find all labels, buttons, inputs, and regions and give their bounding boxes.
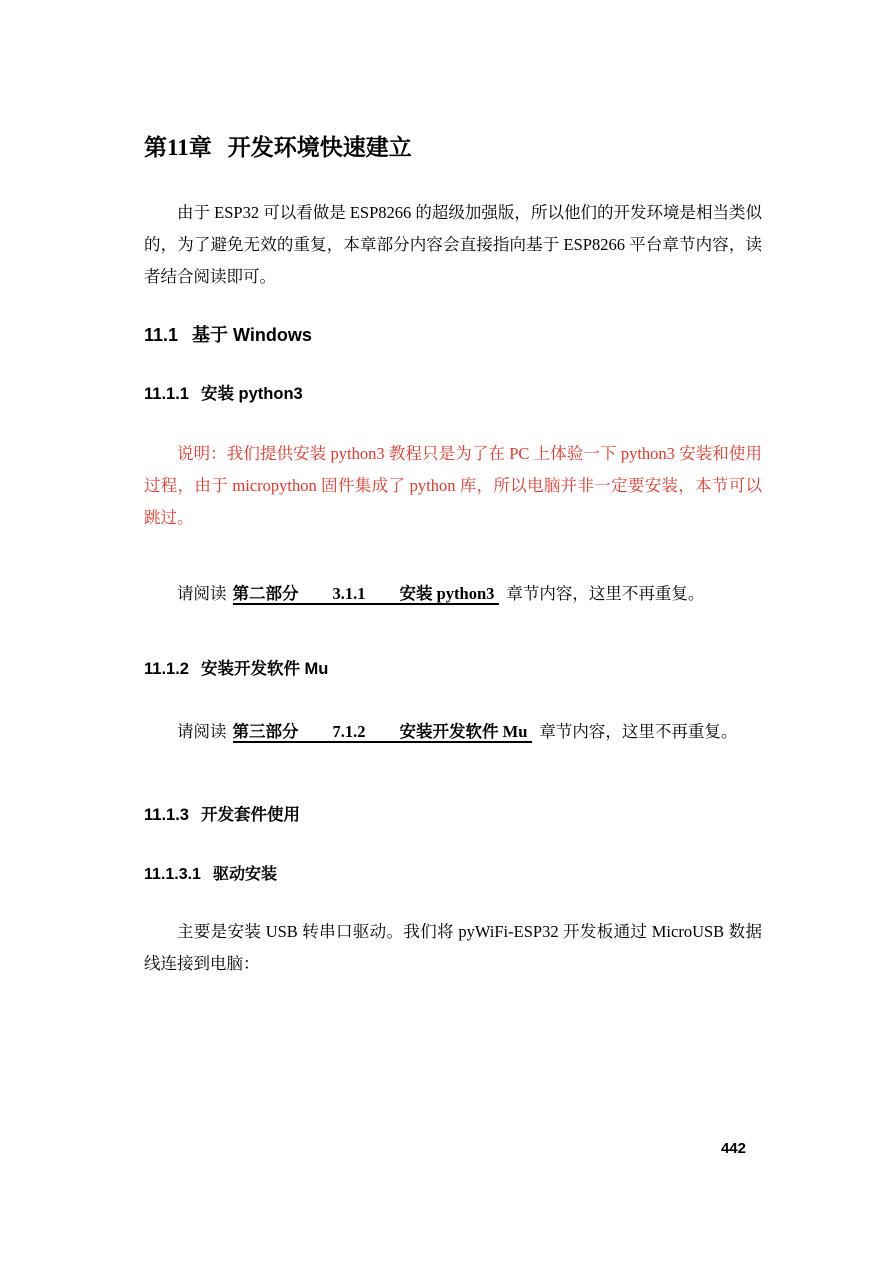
section-heading-11-1-3-1: 11.1.3.1驱动安装 bbox=[144, 864, 762, 886]
xref-section-title[interactable]: 安装开发软件 Mu bbox=[400, 722, 528, 741]
section-number: 11.1.1 bbox=[144, 385, 189, 403]
xref-section-number[interactable]: 3.1.1 bbox=[333, 584, 366, 603]
xref-python3-link[interactable]: 第二部分3.1.1安装 python3 bbox=[233, 584, 500, 605]
page-number: 442 bbox=[721, 1140, 746, 1158]
xref-part-label[interactable]: 第三部分 bbox=[233, 722, 299, 741]
driver-paragraph: 主要是安装 USB 转串口驱动。我们将 pyWiFi-ESP32 开发板通过 M… bbox=[144, 916, 762, 980]
chapter-title: 开发环境快速建立 bbox=[228, 135, 412, 160]
section-heading-11-1-1: 11.1.1安装 python3 bbox=[144, 383, 762, 405]
section-heading-11-1-2: 11.1.2安装开发软件 Mu bbox=[144, 658, 762, 680]
section-title: 基于 Windows bbox=[192, 325, 312, 345]
xref-section-title[interactable]: 安装 python3 bbox=[400, 584, 495, 603]
xref-mu-link[interactable]: 第三部分7.1.2安装开发软件 Mu bbox=[233, 722, 533, 743]
xref-python3-line: 请阅读第二部分3.1.1安装 python3章节内容，这里不再重复。 bbox=[144, 578, 762, 610]
section-title: 安装开发软件 Mu bbox=[201, 660, 328, 678]
xref-tail-text: 章节内容，这里不再重复。 bbox=[539, 722, 737, 741]
section-number: 11.1.2 bbox=[144, 660, 189, 678]
intro-paragraph: 由于 ESP32 可以看做是 ESP8266 的超级加强版，所以他们的开发环境是… bbox=[144, 197, 762, 293]
document-page: 第11章开发环境快速建立 由于 ESP32 可以看做是 ESP8266 的超级加… bbox=[0, 0, 892, 1263]
chapter-heading: 第11章开发环境快速建立 bbox=[144, 0, 762, 165]
section-title: 驱动安装 bbox=[213, 866, 277, 883]
section-number: 11.1.3 bbox=[144, 806, 189, 824]
page-content: 第11章开发环境快速建立 由于 ESP32 可以看做是 ESP8266 的超级加… bbox=[144, 0, 762, 980]
xref-section-number[interactable]: 7.1.2 bbox=[333, 722, 366, 741]
xref-lead-text: 请阅读 bbox=[177, 584, 227, 603]
xref-part-label[interactable]: 第二部分 bbox=[233, 584, 299, 603]
section-number: 11.1.3.1 bbox=[144, 866, 201, 883]
section-heading-11-1: 11.1基于 Windows bbox=[144, 323, 762, 347]
xref-tail-text: 章节内容，这里不再重复。 bbox=[506, 584, 704, 603]
section-number: 11.1 bbox=[144, 325, 178, 345]
section-title: 安装 python3 bbox=[201, 385, 303, 403]
section-title: 开发套件使用 bbox=[201, 806, 300, 824]
note-paragraph: 说明：我们提供安装 python3 教程只是为了在 PC 上体验一下 pytho… bbox=[144, 438, 762, 534]
section-heading-11-1-3: 11.1.3开发套件使用 bbox=[144, 804, 762, 826]
xref-lead-text: 请阅读 bbox=[177, 722, 227, 741]
chapter-number: 第11章 bbox=[144, 135, 212, 160]
xref-mu-line: 请阅读第三部分7.1.2安装开发软件 Mu章节内容，这里不再重复。 bbox=[144, 716, 762, 748]
